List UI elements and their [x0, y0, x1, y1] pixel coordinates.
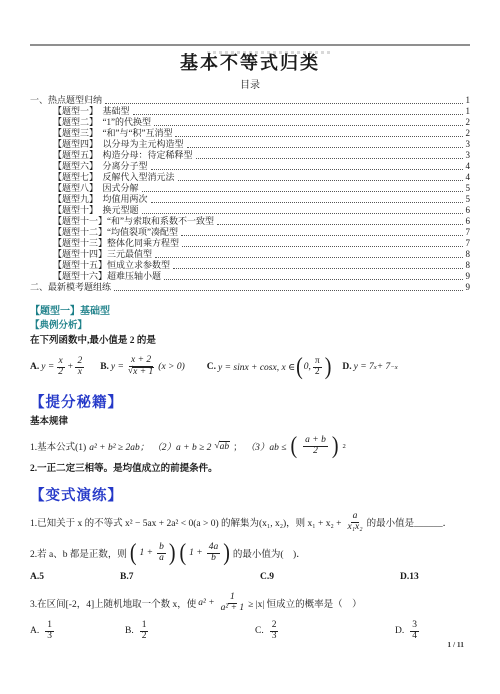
fraction-numerator: 4a	[207, 543, 221, 554]
fraction-numerator: π	[313, 357, 322, 368]
toc-entry-page: 8	[466, 249, 471, 260]
toc-entry-label: 【题型七】 反解代入型消元法	[53, 172, 175, 183]
section-heading-type1: 【题型一】基础型	[30, 306, 470, 318]
question1-option-d: D. y = 7x + 7−x	[342, 362, 397, 372]
toc-list: 一、热点题型归纳 1 【题型一】 基础型 1 【题型二】 “1”的代换型 2 【…	[30, 95, 470, 293]
rule-line-2: 2.一正二定三相等。是均值成立的前提条件。	[30, 463, 470, 475]
fraction: 4ab	[207, 543, 221, 564]
operator: +	[67, 362, 73, 372]
toc-entry[interactable]: 【题型三】 “和”与“积”互消型 2	[30, 128, 470, 139]
toc-entry-page: 7	[466, 238, 471, 249]
question3-option: B.12	[125, 621, 255, 642]
question-text: ≥ |x| 恒成立的概率是（ ）	[248, 596, 362, 610]
fraction-denominator: 4	[410, 632, 419, 642]
toc-entry-label: 【题型十一】“和”与索取和系数不一致型	[53, 216, 214, 227]
basic-rules-title: 基本规律	[30, 416, 470, 428]
toc-dot-leader	[151, 202, 463, 203]
document-content: 基本不等式归类 目录 一、热点题型归纳 1 【题型一】 基础型 1 【题型二】 …	[30, 50, 470, 642]
option-label: D.	[395, 626, 404, 636]
toc-entry[interactable]: 【题型十二】“均值裂项”凑配型 7	[30, 227, 470, 238]
fraction-denominator: 2	[311, 447, 320, 457]
toc-entry-page: 9	[466, 282, 471, 293]
fraction: 2x	[75, 357, 84, 378]
toc-entry[interactable]: 【题型十一】“和”与索取和系数不一致型 6	[30, 216, 470, 227]
option-a-label: A.	[30, 362, 39, 372]
toc-entry-label: 【题型十三】整体化同乘方程型	[53, 238, 179, 249]
fraction-denominator: 2	[313, 368, 322, 378]
separator: ；	[233, 439, 243, 453]
option-label: C.	[255, 626, 264, 636]
toc-dot-leader	[178, 180, 463, 181]
question2-option: D.13	[400, 571, 419, 583]
exponent: −x	[390, 364, 397, 371]
toc-entry-label: 【题型四】 以分母为主元构造型	[53, 139, 184, 150]
practice-question-1: 1.已知关于 x 的不等式 x² − 5ax + 2a² < 0(a > 0) …	[30, 511, 470, 533]
toc-entry-page: 7	[466, 227, 471, 238]
fraction-denominator: x₁x₂	[346, 523, 365, 533]
section-heading-tips: 【提分秘籍】	[30, 394, 470, 412]
equation-text: y =	[111, 362, 124, 372]
toc-entry-label: 【题型三】 “和”与“积”互消型	[53, 128, 172, 139]
toc-dot-leader	[182, 246, 462, 247]
square-root: √ab	[214, 441, 230, 452]
exponent: 2	[343, 443, 346, 450]
question-text: 1.已知关于 x 的不等式 x² − 5ax + 2a² < 0(a > 0) …	[30, 515, 342, 529]
equation-text: + 7	[377, 362, 391, 372]
toc-entry-page: 6	[466, 205, 471, 216]
fraction-denominator: b	[209, 554, 218, 564]
toc-entry-page: 2	[466, 128, 471, 139]
question3-options: A.13B.12C.23D.34	[30, 620, 470, 642]
toc-entry-page: 8	[466, 260, 471, 271]
practice-question-3: 3.在区间[-2，4]上随机地取一个数 x，使 a² + 1a² + 1 ≥ |…	[30, 589, 470, 617]
fraction-denominator: 3	[45, 632, 54, 642]
toc-dot-leader	[154, 125, 463, 126]
radicand: x + 1	[132, 367, 154, 378]
term: 1 +	[140, 548, 154, 558]
domain-condition: (x > 0)	[158, 362, 184, 372]
toc-entry-page: 5	[466, 194, 471, 205]
option-label: A.	[30, 626, 39, 636]
option-d-label: D.	[342, 362, 351, 372]
toc-entry-label: 二、最新模考题组练	[30, 282, 111, 293]
toc-entry[interactable]: 【题型十四】三元最值型 8	[30, 249, 470, 260]
toc-entry-page: 1	[466, 95, 471, 106]
toc-dot-leader	[105, 103, 462, 104]
question-text: 的最小值为( )．	[233, 546, 306, 560]
toc-entry-label: 【题型十二】“均值裂项”凑配型	[53, 227, 178, 238]
fraction: 12	[140, 621, 149, 642]
fraction: 23	[270, 621, 279, 642]
question3-option: D.34	[395, 621, 421, 642]
toc-dot-leader	[187, 147, 463, 148]
toc-entry[interactable]: 【题型七】 反解代入型消元法 4	[30, 172, 470, 183]
fraction-denominator: a	[157, 554, 166, 564]
fraction-numerator: x	[57, 357, 65, 368]
toc-entry-page: 5	[466, 183, 471, 194]
question2-option: B.7	[120, 571, 260, 583]
toc-entry-label: 一、热点题型归纳	[30, 95, 102, 106]
question1-option-b: B. y = x + 2 √x + 1 (x > 0)	[100, 356, 185, 378]
formula-prefix: 1.基本公式(1)	[30, 439, 86, 453]
toc-entry[interactable]: 【题型十三】整体化同乘方程型 7	[30, 238, 470, 249]
equation-text: y =	[41, 362, 54, 372]
toc-entry-page: 9	[466, 271, 471, 282]
toc-entry[interactable]: 【题型十】 换元型题 6	[30, 205, 470, 216]
fraction-numerator: a + b	[303, 436, 328, 447]
document-page: 基本不等式归类 目录 一、热点题型归纳 1 【题型一】 基础型 1 【题型二】 …	[0, 0, 500, 694]
toc-dot-leader	[196, 158, 463, 159]
toc-entry[interactable]: 【题型六】 分离分子型 4	[30, 161, 470, 172]
toc-entry[interactable]: 一、热点题型归纳 1	[30, 95, 470, 106]
toc-entry-page: 3	[466, 139, 471, 150]
question1-option-c: C. y = sinx + cosx, x ∈ ( 0, π2 )	[207, 357, 333, 378]
square-root: √x + 1	[128, 367, 154, 378]
fraction-denominator: √x + 1	[126, 367, 156, 378]
fraction-numerator: 3	[410, 621, 419, 632]
fraction: x + 2 √x + 1	[126, 356, 156, 378]
term: a² +	[198, 598, 214, 608]
interval-left: 0,	[304, 362, 311, 372]
fraction-numerator: 1	[140, 621, 149, 632]
toc-entry[interactable]: 【题型一】 基础型 1	[30, 106, 470, 117]
fraction: ax₁x₂	[346, 512, 365, 533]
toc-entry-label: 【题型十四】三元最值型	[53, 249, 152, 260]
toc-dot-leader	[114, 290, 462, 291]
practice-question-2: 2.若 a、b 都是正数，则 ( 1 + ba ) ( 1 + 4ab ) 的最…	[30, 539, 470, 567]
fraction-denominator: 3	[270, 632, 279, 642]
top-rule	[30, 44, 470, 46]
toc-entry-page: 3	[466, 150, 471, 161]
section-heading-example-analysis: 【典例分析】	[30, 320, 470, 332]
toc-dot-leader	[151, 169, 463, 170]
option-b-label: B.	[100, 362, 109, 372]
toc-entry-page: 2	[466, 117, 471, 128]
toc-entry[interactable]: 【题型五】 构造分母：待定稀释型 3	[30, 150, 470, 161]
equation-text: y = sinx + cosx, x ∈	[218, 362, 295, 373]
fraction-numerator: 1	[228, 593, 237, 604]
toc-dot-leader	[175, 136, 462, 137]
toc-dot-leader	[164, 279, 462, 280]
toc-entry[interactable]: 【题型二】 “1”的代换型 2	[30, 117, 470, 128]
question2-options: A.5B.7C.9D.13	[30, 571, 470, 583]
toc-dot-leader	[217, 224, 463, 225]
question2-option: C.9	[260, 571, 400, 583]
fraction-denominator: x	[76, 368, 84, 378]
page-title: 基本不等式归类	[30, 52, 470, 74]
formula-2: （2）a + b ≥ 2	[152, 439, 211, 453]
question2-option: A.5	[30, 571, 120, 583]
toc-entry-label: 【题型二】 “1”的代换型	[53, 117, 151, 128]
toc-entry-label: 【题型十五】恒成立求参数型	[53, 260, 170, 271]
toc-dot-leader	[142, 191, 463, 192]
fraction-denominator: 2	[56, 368, 65, 378]
fraction-denominator: a² + 1	[219, 604, 247, 614]
toc-entry-label: 【题型一】 基础型	[53, 106, 130, 117]
formula-1: a² + b² ≥ 2ab；	[89, 439, 149, 453]
toc-entry[interactable]: 二、最新模考题组练 9	[30, 282, 470, 293]
toc-entry-label: 【题型十】 换元型题	[53, 205, 139, 216]
toc-entry-label: 【题型八】 因式分解	[53, 183, 139, 194]
basic-formulas: 1.基本公式(1) a² + b² ≥ 2ab； （2）a + b ≥ 2 √a…	[30, 433, 470, 459]
toc-entry-page: 6	[466, 216, 471, 227]
radicand: ab	[219, 441, 231, 452]
question-text: 的最小值是______．	[367, 515, 453, 529]
fraction: 34	[410, 621, 419, 642]
toc-entry-label: 【题型六】 分离分子型	[53, 161, 148, 172]
fraction: ba	[157, 543, 166, 564]
question-text: 3.在区间[-2，4]上随机地取一个数 x，使	[30, 596, 196, 610]
toc-entry-label: 【题型五】 构造分母：待定稀释型	[53, 150, 193, 161]
section-heading-practice: 【变式演练】	[30, 487, 470, 505]
fraction: a + b2	[303, 436, 328, 457]
toc-entry-page: 4	[466, 161, 471, 172]
fraction-numerator: 2	[75, 357, 84, 368]
toc-entry[interactable]: 【题型八】 因式分解 5	[30, 183, 470, 194]
fraction: 1a² + 1	[219, 593, 247, 614]
fraction-numerator: 2	[270, 621, 279, 632]
option-c-label: C.	[207, 362, 216, 372]
toc-entry-label: 【题型九】 均值用两次	[53, 194, 148, 205]
question3-option: A.13	[30, 621, 125, 642]
toc-entry-page: 4	[466, 172, 471, 183]
page-number: 1 / 11	[447, 640, 464, 649]
toc-entry-label: 【题型十六】超难压轴小题	[53, 271, 161, 282]
term: 1 +	[189, 548, 203, 558]
fraction-denominator: 2	[140, 632, 149, 642]
toc-dot-leader	[133, 114, 463, 115]
formula-3: （3）ab ≤	[246, 439, 287, 453]
fraction: π2	[313, 357, 322, 378]
fraction: x2	[56, 357, 65, 378]
fraction-numerator: 1	[45, 621, 54, 632]
toc-dot-leader	[173, 268, 462, 269]
toc-entry[interactable]: 【题型十五】恒成立求参数型 8	[30, 260, 470, 271]
fraction-numerator: a	[351, 512, 360, 523]
toc-entry[interactable]: 【题型十六】超难压轴小题 9	[30, 271, 470, 282]
fraction: 13	[45, 621, 54, 642]
fraction-numerator: b	[157, 543, 166, 554]
question-text: 2.若 a、b 都是正数，则	[30, 546, 127, 560]
toc-heading: 目录	[30, 80, 470, 92]
question3-option: C.23	[255, 621, 395, 642]
toc-entry[interactable]: 【题型四】 以分母为主元构造型 3	[30, 139, 470, 150]
question1-option-a: A. y = x2 + 2x	[30, 357, 86, 378]
toc-dot-leader	[181, 235, 463, 236]
equation-text: y = 7	[354, 362, 374, 372]
question1-stem: 在下列函数中,最小值是 2 的是	[30, 335, 470, 347]
toc-entry-page: 1	[466, 106, 471, 117]
option-label: B.	[125, 626, 134, 636]
toc-dot-leader	[142, 213, 463, 214]
question1-options: A. y = x2 + 2x B. y = x + 2 √x + 1 (x > …	[30, 352, 470, 382]
toc-dot-leader	[155, 257, 462, 258]
toc-entry[interactable]: 【题型九】 均值用两次 5	[30, 194, 470, 205]
